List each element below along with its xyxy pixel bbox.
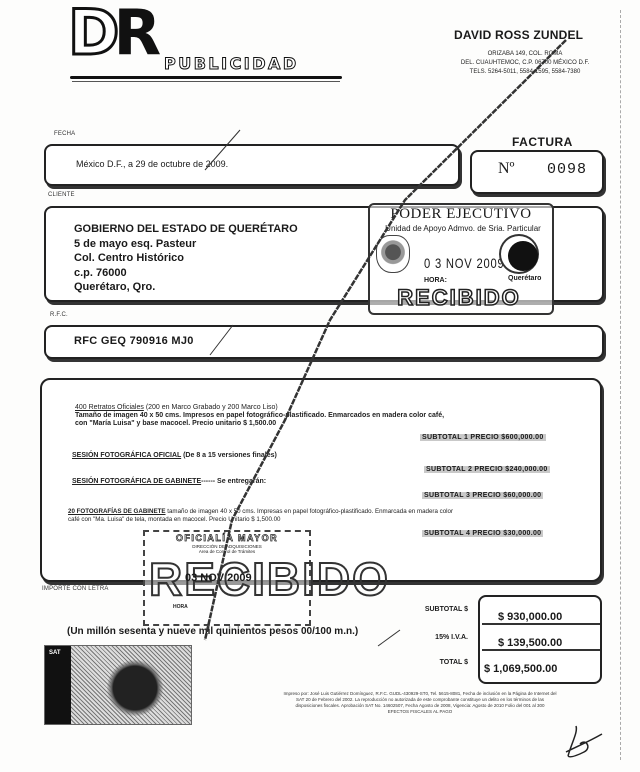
- factura-number: 0098: [547, 161, 587, 178]
- item-2: SESIÓN FOTOGRÁFICA OFICIAL (De 8 a 15 ve…: [72, 452, 277, 460]
- poder-ejecutivo-stamp: PODER EJECUTIVO Unidad de Apoyo Admvo. d…: [368, 203, 554, 315]
- cliente-address: GOBIERNO DEL ESTADO DE QUERÉTARO 5 de ma…: [74, 222, 298, 295]
- totals-box: $ 930,000.00 $ 139,500.00 $ 1,069,500.00: [478, 595, 602, 684]
- item-3: SESIÓN FOTOGRÁFICA DE GABINETE------ Se …: [72, 478, 266, 486]
- logo-underline: [70, 76, 342, 79]
- subtotal-label: SUBTOTAL $: [378, 606, 468, 613]
- signature-mark: [562, 722, 606, 762]
- cliente-name: GOBIERNO DEL ESTADO DE QUERÉTARO: [74, 222, 298, 237]
- rfc-label: R.F.C.: [50, 312, 68, 318]
- fecha-value: México D.F., a 29 de octubre de 2009.: [76, 159, 228, 169]
- total-label: TOTAL $: [378, 659, 468, 666]
- stamp-date: 0 3 NOV 2009: [424, 255, 505, 271]
- subtotal-4: SUBTOTAL 4 PRECIO $30,000.00: [422, 530, 543, 537]
- logo-underline-thin: [72, 81, 340, 82]
- rfc-value: RFC GEQ 790916 MJ0: [74, 335, 194, 347]
- importe-label: IMPORTE CON LETRA: [42, 586, 109, 592]
- printer-footer: Impreso por: José Luis Gutiérrez Domíngu…: [240, 691, 600, 715]
- iva-label: 15% I.V.A.: [378, 634, 468, 641]
- coat-of-arms-icon: [376, 235, 410, 273]
- page-edge: [620, 10, 622, 760]
- factura-title: FACTURA: [512, 135, 573, 149]
- cliente-label: CLIENTE: [48, 192, 75, 198]
- logo-word: PUBLICIDAD: [164, 54, 299, 73]
- issuer-address: ORIZABA 149, COL. ROMA DEL. CUAUHTEMOC, …: [430, 50, 620, 77]
- issuer-name: DAVID ROSS ZUNDEL: [454, 28, 583, 42]
- subtotal-2: SUBTOTAL 2 PRECIO $240,000.00: [424, 466, 550, 473]
- subtotal-1: SUBTOTAL 1 PRECIO $600,000.00: [420, 434, 546, 441]
- queretaro-logo-icon: [508, 241, 538, 271]
- cedula-fiscal-qr: SAT: [44, 645, 192, 725]
- total-value: $ 1,069,500.00: [484, 663, 594, 675]
- logo-dr: DR: [68, 2, 155, 64]
- oficialia-mayor-stamp: OFICIALÍA MAYOR DIRECCIÓN DE ADQUISICION…: [143, 530, 311, 626]
- item-4: 20 FOTOGRAFÍAS DE GABINETE tamaño de ima…: [68, 508, 588, 524]
- item-1: 400 Retratos Oficiales (200 en Marco Gra…: [75, 404, 595, 428]
- factura-no-label: Nº: [498, 160, 515, 178]
- subtotal-3: SUBTOTAL 3 PRECIO $60,000.00: [422, 492, 543, 499]
- subtotal-value: $ 930,000.00: [498, 611, 608, 623]
- iva-value: $ 139,500.00: [498, 637, 608, 649]
- fecha-label: FECHA: [54, 131, 75, 137]
- importe-value: (Un millón sesenta y nueve mil quiniento…: [67, 626, 358, 637]
